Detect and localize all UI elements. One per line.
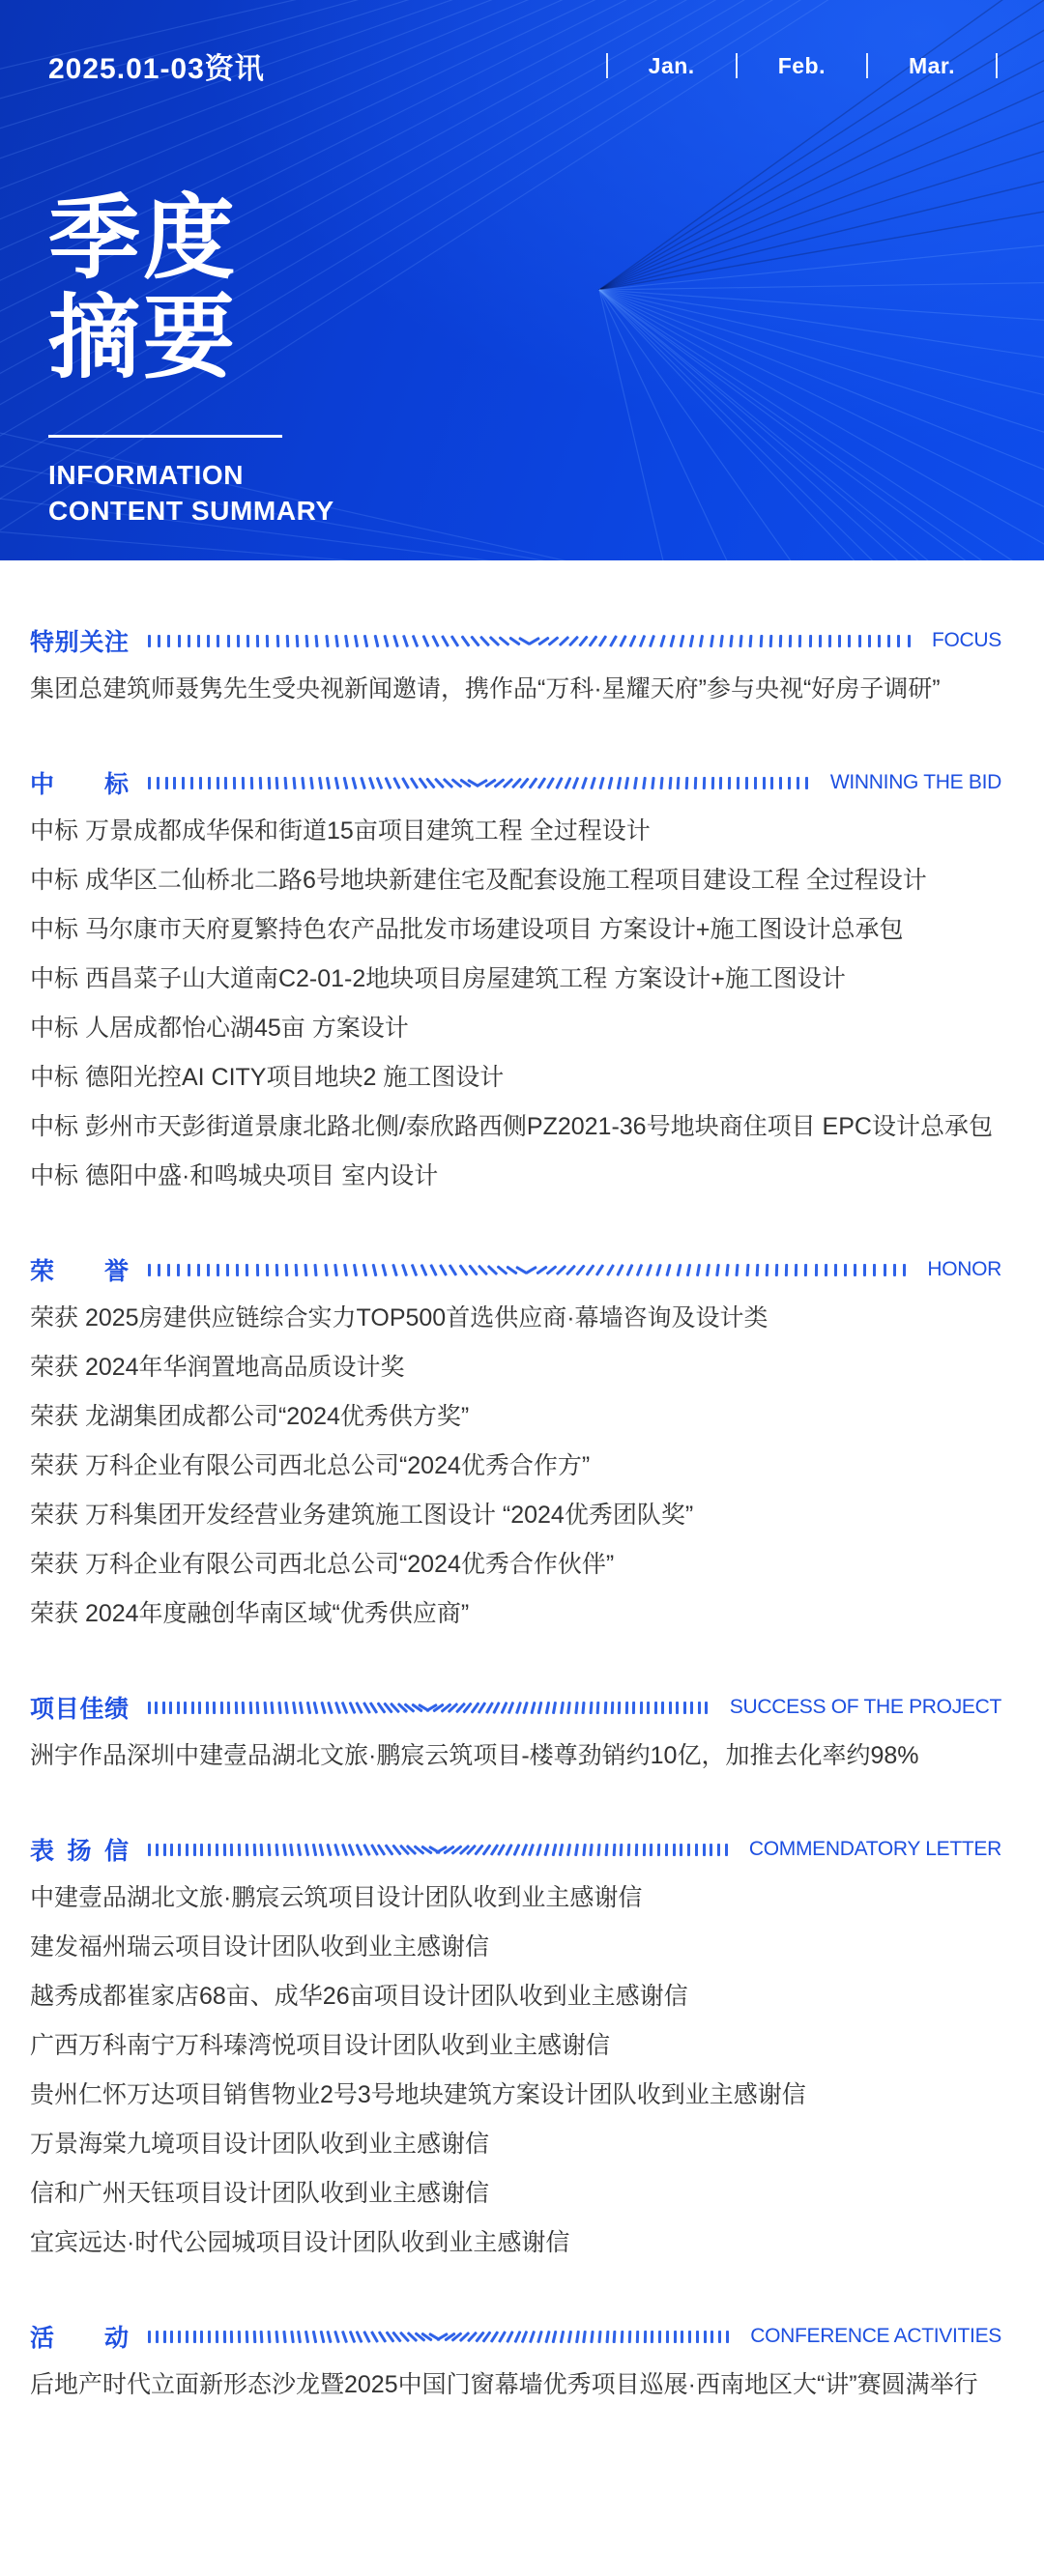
divider-tick — [581, 776, 588, 788]
list-item: 荣获 万科企业有限公司西北总公司“2024优秀合作方” — [30, 1442, 1001, 1491]
list-item: 中标 马尔康市天府夏繁持色农产品批发市场建设项目 方案设计+施工图设计总承包 — [30, 905, 1001, 955]
divider-tick — [170, 1844, 173, 1856]
section-divider-ticks — [148, 774, 809, 791]
divider-tick — [696, 2330, 699, 2342]
divider-tick — [567, 2330, 572, 2342]
divider-tick — [513, 2330, 521, 2342]
divider-tick — [227, 1701, 230, 1713]
divider-tick — [148, 2331, 151, 2343]
issue-period-label: 2025.01-03资讯 — [48, 44, 265, 87]
section-title-char: 项 — [30, 1690, 54, 1725]
divider-tick — [311, 1843, 317, 1855]
divider-tick — [710, 634, 714, 646]
divider-tick — [903, 1264, 906, 1276]
divider-tick — [275, 776, 279, 788]
divider-tick — [775, 1263, 779, 1275]
divider-tick — [590, 2330, 594, 2342]
divider-tick — [348, 1843, 356, 1855]
divider-tick — [360, 776, 366, 788]
divider-tick — [705, 1702, 708, 1714]
divider-tick — [908, 635, 911, 647]
divider-tick — [431, 635, 439, 647]
divider-tick — [745, 1263, 749, 1275]
banner-subtitle-line: INFORMATION — [48, 457, 998, 493]
divider-tick — [537, 777, 546, 789]
section-focus: 特别关注FOCUS集团总建筑师聂隽先生受央视新闻邀请，携作品“万科·星耀天府”参… — [30, 626, 1001, 714]
divider-tick — [236, 1263, 239, 1275]
divider-tick — [590, 1843, 594, 1855]
divider-tick — [512, 1843, 520, 1855]
divider-tick — [612, 1843, 616, 1855]
divider-tick — [246, 2330, 249, 2342]
divider-tick — [301, 776, 304, 788]
divider-tick — [858, 634, 861, 646]
divider-tick — [324, 1263, 328, 1275]
quarter-title-line: 季度 — [48, 189, 998, 289]
divider-tick — [314, 1263, 318, 1275]
list-item: 后地产时代立面新形态沙龙暨2025中国门窗幕墙优秀项目巡展·西南地区大“讲”赛圆… — [30, 2361, 1001, 2410]
divider-tick — [609, 635, 618, 647]
section-header: 活动CONFERENCE ACTIVITIES — [30, 2322, 1001, 2351]
divider-tick — [450, 635, 459, 647]
divider-tick — [246, 634, 249, 646]
divider-tick — [598, 776, 604, 788]
divider-tick — [749, 634, 753, 646]
divider-tick — [893, 1264, 896, 1276]
divider-tick — [213, 1701, 216, 1713]
divider-tick — [598, 635, 607, 647]
divider-tick — [162, 1702, 165, 1714]
divider-tick — [356, 1843, 363, 1855]
divider-tick — [785, 1263, 788, 1275]
divider-tick — [607, 776, 613, 788]
divider-tick — [521, 2330, 529, 2342]
section-header: 荣誉HONOR — [30, 1255, 1001, 1284]
divider-tick — [710, 1844, 712, 1856]
divider-tick — [167, 635, 170, 647]
divider-tick — [275, 1263, 279, 1275]
divider-tick — [603, 1701, 607, 1713]
divider-tick — [718, 2331, 721, 2343]
divider-tick — [344, 634, 349, 646]
divider-tick — [169, 1702, 172, 1714]
list-item: 建发福州瑞云项目设计团队收到业主感谢信 — [30, 1923, 1001, 1972]
list-item: 中标 德阳中盛·和鸣城央项目 室内设计 — [30, 1152, 1001, 1201]
divider-tick — [640, 1701, 643, 1713]
divider-tick — [157, 777, 159, 789]
divider-tick — [155, 1702, 158, 1714]
divider-tick — [687, 1843, 690, 1855]
section-success-of-the-project: 项目佳绩SUCCESS OF THE PROJECT洲宇作品深圳中建壹品湖北文旅… — [30, 1693, 1001, 1781]
divider-tick — [694, 776, 698, 788]
month-separator — [736, 53, 738, 78]
divider-tick — [530, 1701, 536, 1713]
divider-tick — [248, 1701, 252, 1713]
divider-tick — [319, 2330, 325, 2342]
divider-tick — [250, 776, 253, 788]
divider-tick — [277, 1701, 281, 1713]
divider-tick — [343, 776, 349, 788]
divider-tick — [575, 1264, 586, 1275]
divider-tick — [566, 1701, 571, 1713]
divider-tick — [828, 634, 831, 646]
divider-tick — [651, 2330, 653, 2342]
divider-tick — [158, 635, 160, 647]
divider-tick — [304, 1263, 308, 1275]
divider-tick — [589, 635, 598, 646]
divider-tick — [636, 2330, 639, 2342]
divider-tick — [420, 1263, 427, 1275]
divider-tick — [351, 776, 357, 788]
divider-tick — [312, 2330, 318, 2342]
section-item-list: 中标 万景成都成华保和街道15亩项目建筑工程 全过程设计中标 成华区二仙桥北二路… — [30, 807, 1001, 1201]
divider-tick — [595, 1264, 604, 1276]
divider-tick — [685, 776, 689, 788]
divider-tick — [284, 1701, 289, 1713]
month-separator — [606, 53, 608, 78]
divider-tick — [651, 776, 654, 788]
divider-tick — [289, 1843, 294, 1855]
divider-tick — [620, 1843, 623, 1855]
divider-tick — [305, 1701, 311, 1713]
divider-tick — [710, 776, 713, 788]
section-title-char: 绩 — [104, 1690, 129, 1725]
section-divider-ticks — [148, 1261, 906, 1278]
divider-tick — [868, 634, 871, 646]
section-divider-ticks — [148, 1841, 728, 1858]
divider-tick — [878, 635, 881, 647]
divider-tick — [178, 1843, 181, 1855]
divider-tick — [590, 776, 596, 788]
divider-tick — [649, 634, 655, 646]
divider-tick — [646, 1263, 652, 1275]
divider-tick — [759, 634, 763, 646]
divider-tick — [639, 634, 647, 646]
divider-tick — [854, 1263, 856, 1275]
divider-tick — [537, 1701, 543, 1713]
divider-tick — [884, 1264, 886, 1276]
divider-tick — [507, 1701, 515, 1713]
divider-tick — [658, 2330, 661, 2342]
divider-tick — [619, 635, 626, 647]
divider-tick — [385, 776, 392, 788]
divider-tick — [315, 634, 319, 646]
list-item: 宜宾远达·时代公园城项目设计团队收到业主感谢信 — [30, 2218, 1001, 2268]
divider-tick — [401, 1263, 408, 1275]
divider-tick — [191, 1701, 194, 1713]
divider-tick — [736, 1263, 739, 1275]
section-commendatory-letter: 表扬信COMMENDATORY LETTER中建壹品湖北文旅·鹏宸云筑项目设计团… — [30, 1835, 1001, 2268]
divider-tick — [683, 1702, 686, 1714]
divider-tick — [665, 1843, 668, 1855]
section-header: 项目佳绩SUCCESS OF THE PROJECT — [30, 1693, 1001, 1722]
divider-tick — [770, 776, 773, 788]
divider-tick — [560, 2330, 565, 2342]
divider-tick — [230, 2330, 233, 2342]
divider-tick — [703, 776, 706, 788]
list-item: 荣获 龙湖集团成都公司“2024优秀供方奖” — [30, 1392, 1001, 1442]
divider-tick — [719, 776, 722, 788]
divider-tick — [197, 634, 200, 646]
title-underline — [48, 435, 282, 438]
banner-subtitle-line: CONTENT SUMMARY — [48, 493, 998, 529]
list-item: 中标 德阳光控AI CITY项目地块2 施工图设计 — [30, 1053, 1001, 1102]
divider-tick — [297, 1843, 302, 1855]
divider-tick — [551, 1843, 557, 1855]
divider-tick — [391, 1263, 398, 1275]
section-divider-ticks — [148, 2328, 729, 2345]
divider-tick — [148, 1702, 151, 1714]
divider-tick — [636, 1263, 644, 1275]
section-item-list: 荣获 2025房建供应链综合实力TOP500首选供应商·幕墙咨询及设计类荣获 2… — [30, 1294, 1001, 1639]
divider-tick — [725, 1844, 728, 1856]
divider-tick — [668, 776, 672, 788]
divider-tick — [186, 2330, 188, 2342]
divider-tick — [282, 1843, 286, 1855]
section-title-char: 注 — [104, 623, 129, 658]
divider-tick — [188, 634, 190, 646]
divider-tick — [246, 1263, 248, 1275]
divider-tick — [819, 634, 822, 646]
divider-tick — [726, 1263, 730, 1275]
divider-tick — [208, 1843, 211, 1855]
divider-tick — [677, 776, 681, 788]
divider-tick — [676, 1701, 679, 1713]
divider-tick — [216, 1843, 218, 1855]
divider-tick — [255, 1263, 258, 1275]
divider-tick — [363, 634, 369, 646]
divider-tick — [566, 1843, 571, 1855]
divider-tick — [227, 634, 230, 646]
divider-tick — [182, 776, 185, 788]
divider-tick — [624, 776, 629, 788]
divider-tick — [334, 634, 339, 646]
divider-tick — [178, 635, 181, 647]
divider-tick — [173, 777, 176, 789]
divider-tick — [669, 634, 675, 646]
divider-tick — [233, 776, 236, 788]
divider-tick — [325, 634, 329, 646]
divider-tick — [814, 1263, 817, 1275]
summary-content: 特别关注FOCUS集团总建筑师聂隽先生受央视新闻邀请，携作品“万科·星耀天府”参… — [0, 560, 1044, 2410]
divider-tick — [367, 776, 374, 788]
divider-tick — [235, 1701, 238, 1713]
divider-tick — [581, 1701, 585, 1713]
divider-tick — [674, 2330, 677, 2342]
divider-tick — [552, 1701, 557, 1713]
divider-tick — [628, 2330, 632, 2342]
divider-tick — [163, 2331, 166, 2343]
divider-tick — [326, 776, 331, 788]
section-title-char: 标 — [104, 765, 129, 800]
divider-tick — [148, 777, 151, 789]
section-title-char: 关 — [79, 623, 103, 658]
divider-tick — [704, 2331, 707, 2343]
section-title-char: 荣 — [30, 1252, 54, 1287]
divider-tick — [178, 2330, 181, 2342]
divider-tick — [766, 1263, 769, 1275]
divider-tick — [739, 634, 743, 646]
divider-tick — [763, 776, 766, 788]
divider-tick — [797, 777, 799, 789]
divider-tick — [589, 1701, 593, 1713]
section-title-success-of-the-project: 项目佳绩 — [30, 1690, 129, 1725]
section-conference-activities: 活动CONFERENCE ACTIVITIES后地产时代立面新形态沙龙暨2025… — [30, 2322, 1001, 2410]
divider-tick — [616, 1264, 623, 1276]
divider-tick — [318, 776, 323, 788]
section-label-en: COMMENDATORY LETTER — [749, 1838, 1001, 1861]
list-item: 贵州仁怀万达项目销售物业2号3号地块建筑方案设计团队收到业主感谢信 — [30, 2071, 1001, 2120]
divider-tick — [604, 1843, 608, 1855]
divider-tick — [217, 776, 219, 788]
divider-tick — [672, 1843, 675, 1855]
section-item-list: 集团总建筑师聂隽先生受央视新闻邀请，携作品“万科·星耀天府”参与央视“好房子调研… — [30, 665, 1001, 714]
divider-tick — [309, 776, 314, 788]
divider-tick — [292, 776, 296, 788]
divider-tick — [613, 2330, 617, 2342]
divider-tick — [681, 2330, 683, 2342]
divider-tick — [190, 776, 193, 788]
divider-tick — [632, 1701, 635, 1713]
quarter-title: 季度摘要 — [48, 189, 998, 388]
divider-tick — [148, 1844, 151, 1856]
section-item-list: 中建壹品湖北文旅·鹏宸云筑项目设计团队收到业主感谢信建发福州瑞云项目设计团队收到… — [30, 1874, 1001, 2268]
divider-tick — [188, 1263, 190, 1275]
divider-tick — [207, 1263, 210, 1275]
divider-tick — [217, 634, 219, 646]
divider-tick — [177, 1264, 180, 1276]
divider-tick — [642, 776, 647, 788]
divider-tick — [165, 777, 168, 789]
section-title-char: 扬 — [67, 1832, 91, 1867]
section-title-char: 佳 — [79, 1690, 103, 1725]
divider-tick — [267, 776, 271, 788]
divider-tick — [402, 634, 409, 646]
divider-tick — [304, 2330, 309, 2342]
divider-tick — [520, 1843, 528, 1855]
section-title-char: 誉 — [104, 1252, 129, 1287]
section-label-en: HONOR — [927, 1258, 1001, 1281]
divider-tick — [695, 1843, 698, 1855]
divider-tick — [320, 1701, 326, 1713]
divider-tick — [737, 776, 739, 788]
divider-tick — [543, 1843, 549, 1855]
divider-tick — [299, 1701, 304, 1713]
divider-tick — [199, 776, 202, 788]
divider-tick — [578, 635, 589, 646]
divider-tick — [186, 1843, 188, 1855]
divider-tick — [745, 776, 748, 788]
divider-tick — [258, 776, 262, 788]
divider-tick — [688, 2330, 691, 2342]
section-divider-ticks — [148, 632, 911, 649]
divider-tick — [680, 634, 685, 646]
divider-tick — [392, 777, 400, 789]
list-item: 集团总建筑师聂隽先生受央视新闻邀请，携作品“万科·星耀天府”参与央视“好房子调研… — [30, 665, 1001, 714]
divider-tick — [327, 2330, 333, 2342]
divider-tick — [148, 635, 151, 647]
divider-tick — [690, 1702, 693, 1714]
section-title-char: 目 — [55, 1690, 79, 1725]
section-item-list: 洲宇作品深圳中建壹品湖北文旅·鹏宸云筑项目-楼尊劲销约10亿，加推去化率约98% — [30, 1732, 1001, 1781]
divider-tick — [271, 1701, 275, 1713]
divider-tick — [575, 2330, 580, 2342]
divider-tick — [222, 1843, 225, 1855]
list-item: 中标 彭州市天彭街道景康北路北侧/泰欣路西侧PZ2021-36号地块商住项目 E… — [30, 1102, 1001, 1152]
divider-tick — [515, 1701, 522, 1713]
divider-tick — [198, 1701, 201, 1713]
divider-tick — [354, 634, 359, 646]
divider-tick — [680, 1843, 682, 1855]
divider-tick — [669, 1701, 672, 1713]
divider-tick — [848, 634, 851, 646]
divider-tick — [564, 776, 571, 788]
divider-tick — [217, 1263, 219, 1275]
divider-tick — [362, 1263, 368, 1275]
section-label-en: FOCUS — [932, 629, 1001, 652]
divider-tick — [296, 634, 300, 646]
list-item: 信和广州天钰项目设计团队收到业主感谢信 — [30, 2169, 1001, 2218]
divider-tick — [267, 1843, 271, 1855]
divider-tick — [177, 1701, 180, 1713]
divider-tick — [411, 1263, 419, 1275]
divider-tick — [719, 634, 724, 646]
divider-tick — [265, 1263, 268, 1275]
divider-tick — [717, 1844, 720, 1856]
divider-tick — [647, 1701, 650, 1713]
divider-tick — [627, 1843, 631, 1855]
section-title-char: 特 — [30, 623, 54, 658]
list-item: 中标 万景成都成华保和街道15亩项目建筑工程 全过程设计 — [30, 807, 1001, 856]
divider-tick — [216, 2330, 218, 2342]
divider-tick — [266, 634, 269, 646]
divider-tick — [237, 634, 240, 646]
divider-tick — [429, 1264, 437, 1276]
divider-tick — [654, 1701, 657, 1713]
divider-tick — [340, 1843, 347, 1855]
divider-tick — [341, 2330, 348, 2342]
divider-tick — [334, 1701, 341, 1713]
section-header: 中标WINNING THE BID — [30, 768, 1001, 797]
divider-tick — [633, 776, 638, 788]
divider-tick — [666, 1263, 672, 1275]
divider-tick — [795, 1263, 797, 1275]
divider-tick — [643, 2330, 646, 2342]
banner-subtitle: INFORMATIONCONTENT SUMMARY — [48, 457, 998, 529]
divider-tick — [333, 2330, 340, 2342]
section-title-honor: 荣誉 — [30, 1252, 129, 1287]
divider-tick — [260, 2330, 264, 2342]
divider-tick — [715, 1263, 720, 1275]
divider-tick — [618, 1701, 621, 1713]
divider-tick — [779, 634, 783, 646]
divider-tick — [659, 776, 663, 788]
divider-tick — [596, 1843, 600, 1855]
divider-tick — [696, 1263, 701, 1275]
divider-tick — [536, 2330, 543, 2342]
month-separator — [866, 53, 868, 78]
month-tab-jan: Jan. — [649, 53, 695, 79]
divider-tick — [275, 1843, 278, 1855]
divider-tick — [788, 777, 791, 789]
divider-tick — [661, 1701, 664, 1713]
divider-tick — [863, 1263, 866, 1275]
section-header: 表扬信COMMENDATORY LETTER — [30, 1835, 1001, 1864]
section-label-en: SUCCESS OF THE PROJECT — [730, 1696, 1001, 1719]
section-header: 特别关注FOCUS — [30, 626, 1001, 655]
divider-tick — [441, 635, 449, 647]
divider-tick — [729, 634, 733, 646]
